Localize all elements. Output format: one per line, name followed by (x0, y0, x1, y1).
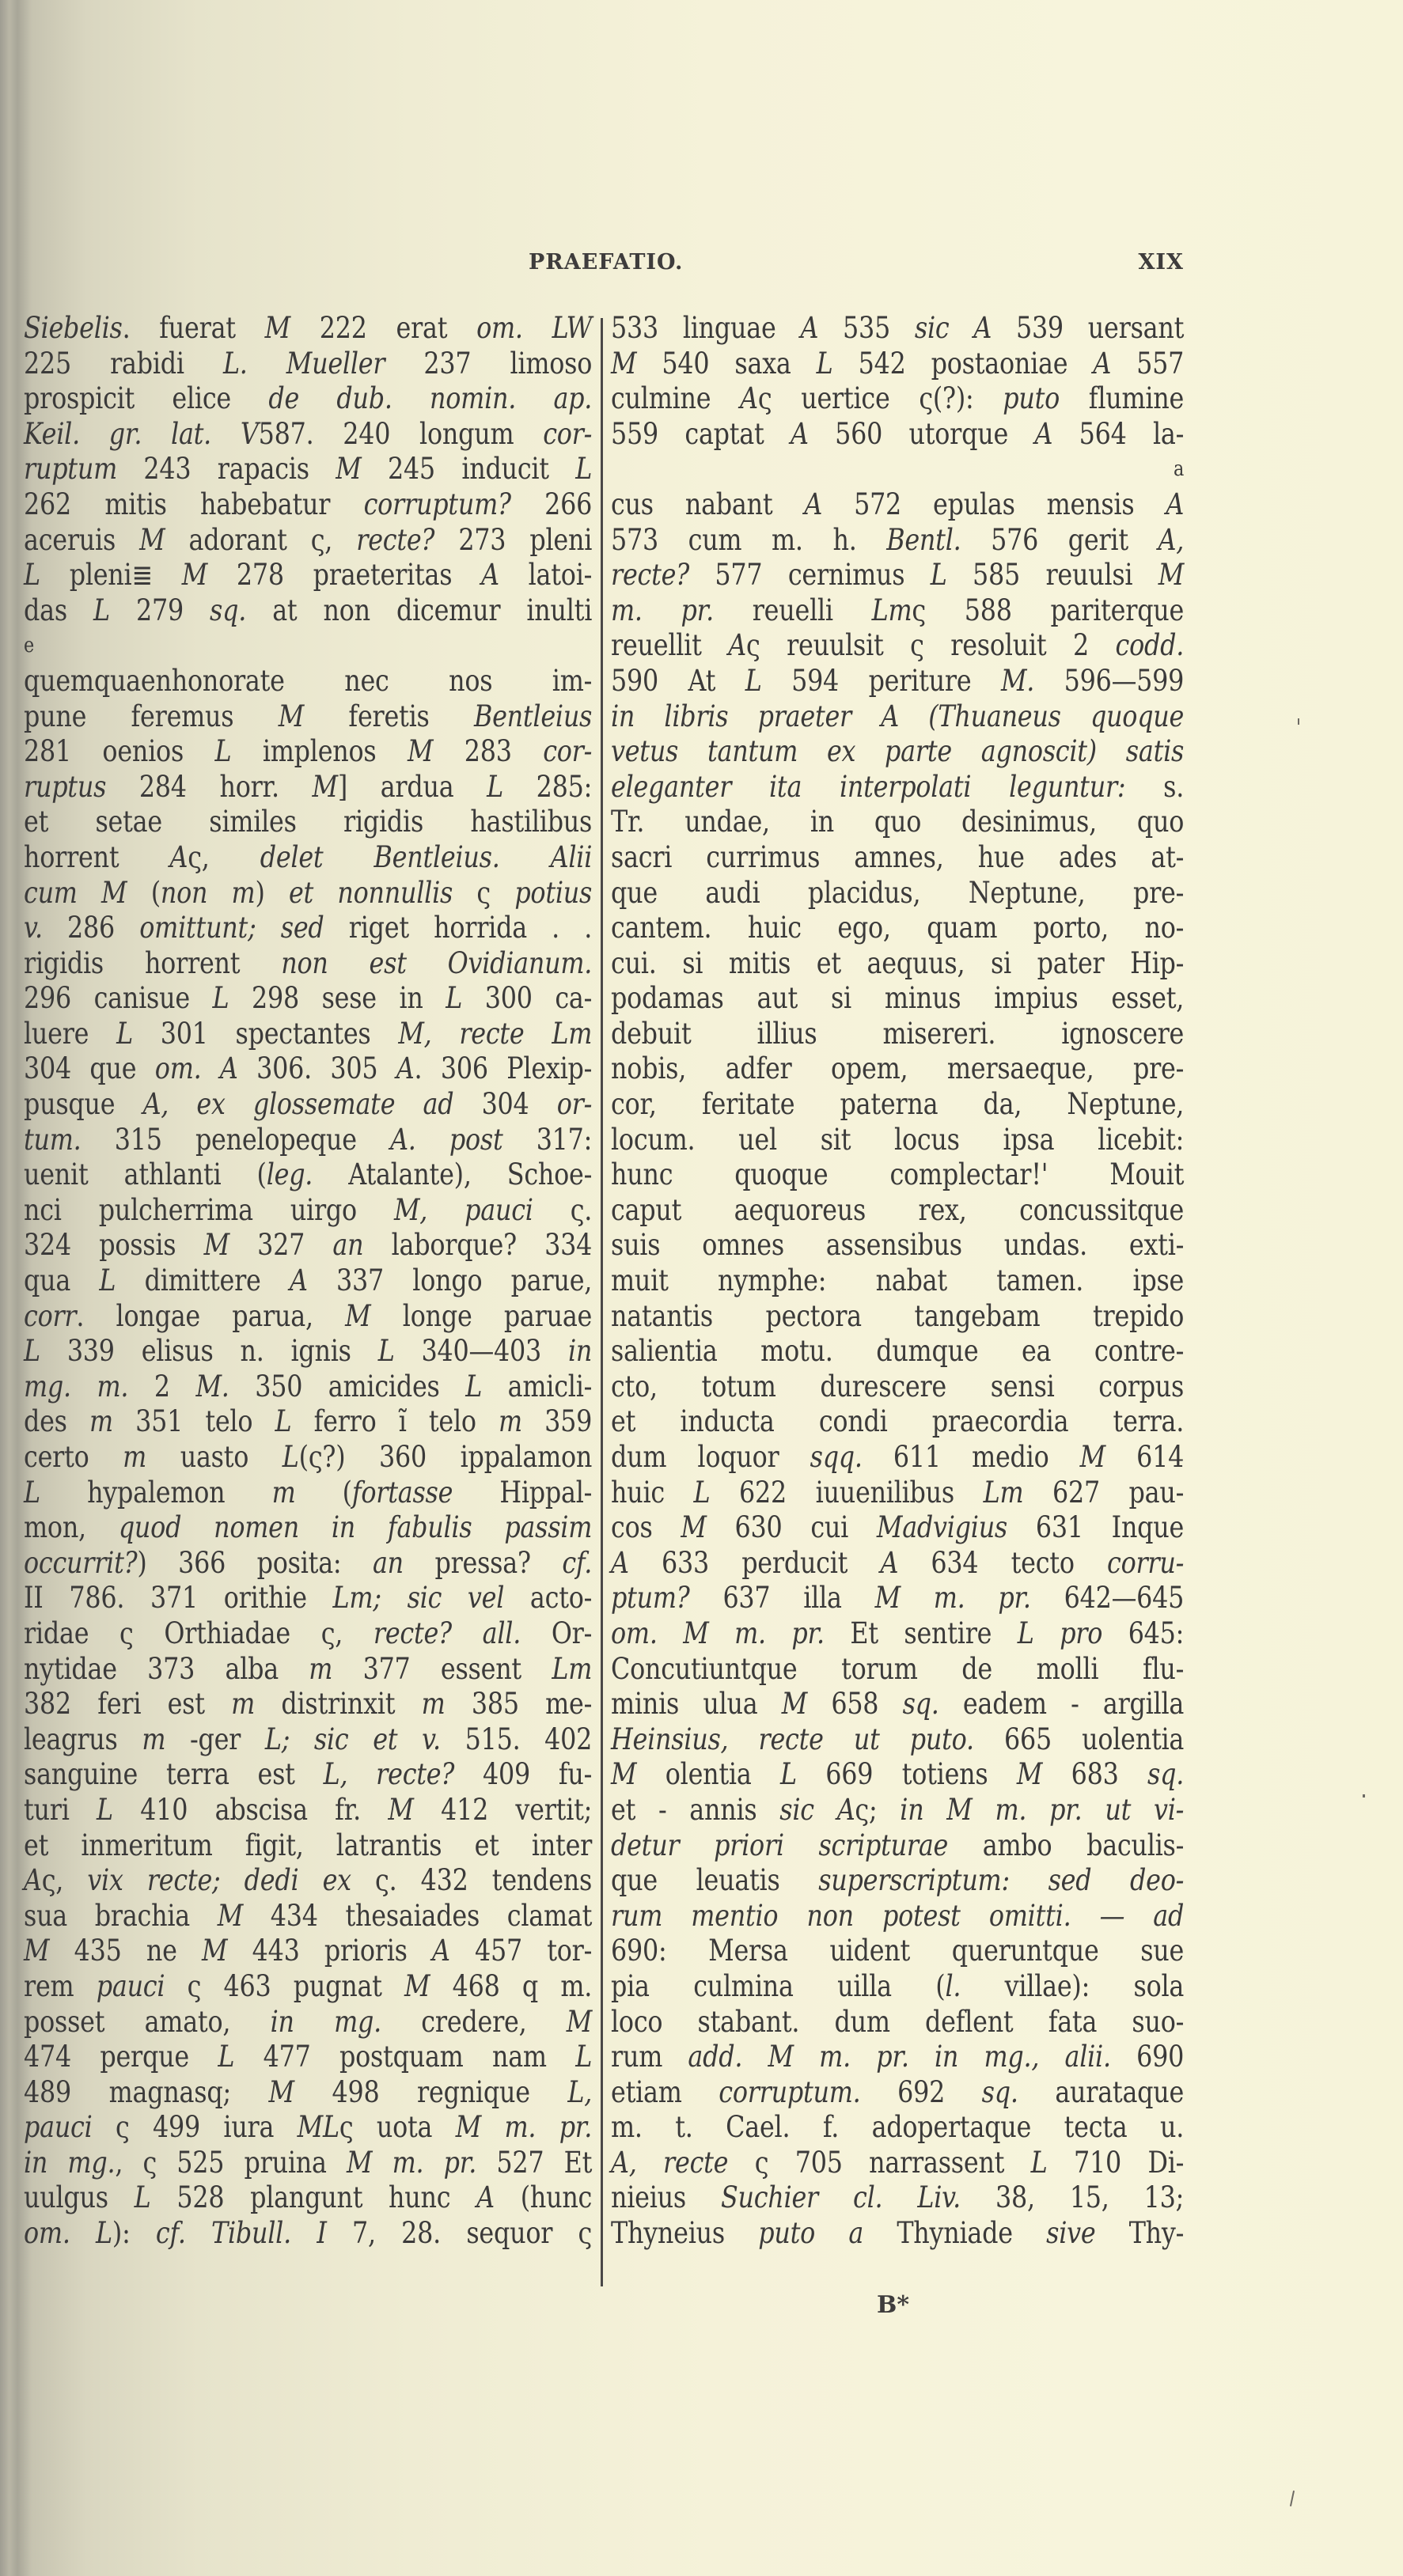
text-segment: loco stabant. dum deflent fata suo- (611, 2005, 1184, 2039)
text-segment: pia culmina uilla ( (611, 1969, 945, 2003)
italic-segment: om. M m. pr. (611, 1616, 825, 1650)
italic-segment: M (681, 1510, 706, 1544)
italic-segment: ruptum (24, 452, 117, 486)
text-segment: reuelli (714, 593, 872, 627)
italic-segment: non m (161, 876, 256, 910)
text-segment: pune feremus (24, 699, 279, 733)
text-segment: 535 (818, 311, 915, 345)
text-line: rem pauci ς 463 pugnat M 468 q m. (24, 1969, 592, 2005)
italic-segment: L pro (1018, 1616, 1102, 1650)
text-line: Heinsius, recte ut puto. 665 uolentia (611, 1722, 1184, 1758)
text-segment: suis omnes assensibus undas. exti- (611, 1228, 1184, 1262)
text-segment: ς 499 iura (93, 2110, 298, 2144)
text-segment: ridae ς Orthiadae ς, (24, 1616, 374, 1650)
text-segment: longe paruae (370, 1299, 592, 1333)
text-segment: 317: (502, 1123, 592, 1157)
italic-segment: L (99, 1263, 116, 1297)
text-line: 533 linguae A 535 sic A 539 uersant (611, 311, 1184, 347)
text-line: qua L dimittere A 337 longo parue, (24, 1263, 592, 1299)
text-segment: 339 elisus n. ignis (40, 1334, 378, 1368)
text-segment: 594 periture (762, 664, 1001, 698)
italic-segment: occurrit? (24, 1546, 137, 1580)
text-line: das L 279 sq. at non dicemur inulti (24, 593, 592, 629)
text-segment: 658 (807, 1687, 903, 1721)
text-line: 489 magnasq; M 498 regnique L, (24, 2075, 592, 2111)
text-segment: cui. si mitis et aequus, si pater Hip- (611, 946, 1184, 980)
text-line: horrent Aς, delet Bentleius. Alii (24, 840, 592, 876)
text-line: rum add. M m. pr. in mg., alii. 690 (611, 2040, 1184, 2075)
italic-segment: cor- (543, 417, 592, 451)
text-line: 225 rabidi L. Mueller 237 limoso (24, 347, 592, 382)
text-segment: 434 thesaiades clamat (243, 1899, 592, 1933)
text-segment: nobis, adfer opem, mersaeque, pre- (611, 1051, 1184, 1085)
italic-segment: ptum? (611, 1581, 690, 1615)
text-line: prospicit elice de dub. nomin. ap. (24, 381, 592, 417)
text-segment: 301 spectantes (133, 1017, 398, 1051)
text-segment: reuellit (611, 628, 728, 662)
text-line: natantis pectora tangebam trepido (611, 1299, 1184, 1335)
text-segment: 304 (453, 1087, 556, 1121)
text-segment: hunc quoque complectar!' Mouit (611, 1157, 1184, 1191)
italic-segment: Suchier cl. Liv. (721, 2180, 961, 2214)
italic-segment: M (336, 452, 361, 486)
text-segment: salientia motu. dumque ea contre- (611, 1334, 1184, 1368)
right-column: 533 linguae A 535 sic A 539 uersantM 540… (611, 311, 1184, 2252)
italic-segment: mg. m. (24, 1369, 128, 1404)
text-segment: 637 illa (690, 1581, 875, 1615)
text-line: et inducta condi praecordia terra. (611, 1404, 1184, 1440)
italic-segment: in mg. (271, 2005, 381, 2039)
text-line: uulgus L 528 plangunt hunc A (hunc (24, 2180, 592, 2216)
text-segment: ς. 432 tendens (351, 1863, 592, 1897)
text-line: eleganter ita interpolati leguntur: s. (611, 770, 1184, 805)
italic-segment: L (694, 1476, 711, 1510)
text-segment: cantem. huic ego, quam porto, no- (611, 911, 1184, 945)
text-segment: ς uertice ς(?): (758, 381, 1003, 415)
italic-segment: L (575, 452, 592, 486)
text-segment: 359 (522, 1404, 592, 1438)
text-segment: quemquaenhonorate nec nos im- (24, 664, 592, 698)
italic-segment: M (1158, 558, 1184, 592)
text-segment: 324 possis (24, 1228, 204, 1262)
italic-segment: cf. (562, 1546, 592, 1580)
italic-segment: L, (567, 2075, 592, 2109)
text-segment: uulgus (24, 2180, 135, 2214)
text-segment: sua brachia (24, 1899, 218, 1933)
text-segment: Hippal- (453, 1476, 592, 1510)
text-segment: 528 plangunt hunc (151, 2180, 477, 2214)
text-segment: pusque (24, 1087, 143, 1121)
italic-segment: A, recte (611, 2146, 728, 2180)
italic-segment: corru- (1107, 1546, 1184, 1580)
text-segment: ) 366 posita: (137, 1546, 373, 1580)
italic-segment: L (282, 1440, 299, 1474)
text-segment: m. t. Cael. f. adopertaque tecta u. (611, 2110, 1184, 2144)
text-segment: 474 perque (24, 2040, 218, 2074)
text-segment: 300 ca- (462, 981, 592, 1015)
text-line: tum. 315 penelopeque A. post 317: (24, 1123, 592, 1158)
text-line: sua brachia M 434 thesaiades clamat (24, 1899, 592, 1934)
italic-segment: M m. pr. (875, 1581, 1031, 1615)
text-segment: turi (24, 1793, 97, 1827)
text-segment: 283 (433, 734, 543, 768)
text-line: corr. longae parua, M longe paruae (24, 1299, 592, 1335)
text-segment: uenit athlanti ( (24, 1157, 267, 1191)
text-line: aceruis M adorant ς, recte? 273 pleni (24, 523, 592, 559)
italic-segment: A (1034, 417, 1052, 451)
italic-segment: L (446, 981, 462, 1015)
running-title: PRAEFATIO. (529, 250, 683, 275)
italic-segment: M m. pr. (347, 2146, 476, 2180)
italic-segment: puto (1003, 381, 1060, 415)
italic-segment: A (476, 2180, 495, 2214)
text-segment: ferro ĩ telo (291, 1404, 499, 1438)
text-line: uenit athlanti (leg. Atalante), Schoe- (24, 1157, 592, 1193)
text-segment: (ς?) 360 ippalamon (299, 1440, 592, 1474)
text-segment: muit nymphe: nabat tamen. ipse (611, 1263, 1184, 1297)
text-segment: 590 At (611, 664, 745, 698)
text-line: mon, quod nomen in fabulis passim (24, 1510, 592, 1546)
italic-segment: A (481, 558, 499, 592)
italic-segment: om. A (155, 1051, 238, 1085)
italic-segment: Lm (984, 1476, 1024, 1510)
italic-segment: sq. (903, 1687, 939, 1721)
italic-segment: an (332, 1228, 363, 1262)
text-segment: 243 rapacis (117, 452, 336, 486)
text-segment: huic (611, 1476, 694, 1510)
text-line: A, recte ς 705 narrassent L 710 Di- (611, 2146, 1184, 2181)
italic-segment: M (1017, 1757, 1042, 1791)
text-segment: 577 cernimus (689, 558, 931, 592)
italic-segment: Bentl. (886, 523, 961, 557)
italic-segment: M (1080, 1440, 1105, 1474)
italic-segment: M (202, 1934, 227, 1968)
italic-segment: m (272, 1476, 296, 1510)
italic-segment: L (780, 1757, 797, 1791)
text-line: pune feremus M feretis Bentleius (24, 699, 592, 735)
italic-segment: Siebelis (24, 311, 123, 345)
italic-segment: m. pr. (611, 593, 714, 627)
italic-segment: L; sic et v. (265, 1722, 441, 1756)
text-segment: 710 Di- (1048, 2146, 1185, 2180)
text-segment: 557 (1111, 347, 1184, 381)
italic-segment: de dub. nomin. ap. (268, 381, 592, 415)
italic-segment: M (139, 523, 165, 557)
italic-segment: Heinsius, recte ut puto. (611, 1722, 974, 1756)
italic-segment: L (575, 2040, 592, 2074)
text-line: nytidae 373 alba m 377 essent Lm (24, 1652, 592, 1688)
text-segment: cos (611, 1510, 681, 1544)
italic-segment: sq. (982, 2075, 1018, 2109)
italic-segment: superscriptum: sed deo- (818, 1863, 1184, 1897)
text-segment: 7, 28. sequor ς (327, 2216, 592, 2250)
text-segment: e (24, 634, 34, 657)
italic-segment: v. (24, 911, 43, 945)
italic-segment: cor- (543, 734, 592, 768)
italic-segment: L (275, 1404, 291, 1438)
text-segment: ς reuulsit ς resoluit 2 (746, 628, 1116, 662)
italic-segment: A (800, 311, 818, 345)
text-segment: latoi- (499, 558, 592, 592)
text-line: quemquaenhonorate nec nos im- (24, 664, 592, 699)
text-segment: 539 uersant (992, 311, 1184, 345)
text-segment: dimittere (116, 1263, 290, 1297)
text-segment: 337 longo parue, (308, 1263, 592, 1297)
italic-segment: tum. (24, 1123, 82, 1157)
text-segment: Et sentire (825, 1616, 1018, 1650)
text-segment: 559 captat (611, 417, 791, 451)
text-line: mg. m. 2 M. 350 amicides L amicli- (24, 1369, 592, 1405)
italic-segment: rum mentio non potest omitti. — ad (611, 1899, 1184, 1933)
text-line: pauci ς 499 iura MLς uota M m. pr. (24, 2110, 592, 2146)
text-segment: credere, (381, 2005, 567, 2039)
text-line: Concutiuntque torum de molli flu- (611, 1652, 1184, 1688)
italic-segment: pauci (24, 2110, 93, 2144)
italic-segment: M m. pr. (456, 2110, 592, 2144)
italic-segment: sq. (210, 593, 246, 627)
text-segment: 542 postaoniae (833, 347, 1094, 381)
text-segment: 498 regnique (294, 2075, 568, 2109)
text-line: sacri currimus amnes, hue ades at- (611, 840, 1184, 876)
text-line: et - annis sic Aς; in M m. pr. ut vi- (611, 1793, 1184, 1828)
text-segment: qua (24, 1263, 99, 1297)
text-segment: 683 (1042, 1757, 1147, 1791)
text-line: in mg., ς 525 pruina M m. pr. 527 Et (24, 2146, 592, 2181)
italic-segment: m (499, 1404, 522, 1438)
text-line: hunc quoque complectar!' Mouit (611, 1157, 1184, 1193)
italic-segment: M (313, 770, 338, 804)
italic-segment: L (817, 347, 833, 381)
text-segment: Tr. undae, in quo desinimus, quo (611, 805, 1184, 839)
italic-segment: M, pauci (394, 1193, 533, 1227)
text-segment: 385 me- (446, 1687, 593, 1721)
italic-segment: sq. (1147, 1757, 1184, 1791)
text-segment: ] ardua (338, 770, 487, 804)
italic-segment: Bentleius (474, 699, 592, 733)
text-segment: 631 Inque (1007, 1510, 1184, 1544)
italic-segment: M (269, 2075, 294, 2109)
italic-segment: M (408, 734, 433, 768)
italic-segment: delet Bentleius. Alii (260, 840, 592, 874)
text-segment: 435 ne (49, 1934, 202, 1968)
text-line: cos M 630 cui Madvigius 631 Inque (611, 1510, 1184, 1546)
italic-segment: M (404, 1969, 430, 2003)
italic-segment: A (1093, 347, 1111, 381)
text-segment: Thyniade (863, 2216, 1046, 2250)
italic-segment: corr (24, 1299, 76, 1333)
text-segment: ( (296, 1476, 352, 1510)
italic-segment: potius (514, 876, 592, 910)
text-line: nci pulcherrima uirgo M, pauci ς. (24, 1193, 592, 1229)
text-line: des m 351 telo L ferro ĩ telo m 359 (24, 1404, 592, 1440)
italic-segment: L (218, 2040, 234, 2074)
text-segment: 351 telo (113, 1404, 275, 1438)
text-line: Siebelis. fuerat M 222 erat om. LW (24, 311, 592, 347)
italic-segment: pauci (97, 1969, 165, 2003)
italic-segment: in mg. (24, 2146, 115, 2180)
text-segment: et - annis (611, 1793, 779, 1827)
text-line: posset amato, in mg. credere, M (24, 2005, 592, 2040)
text-segment: Thyneius (611, 2216, 758, 2250)
column-divider (601, 318, 603, 2286)
italic-segment: L (1031, 2146, 1048, 2180)
text-segment: 560 utorque (809, 417, 1035, 451)
text-segment: eadem - argilla (939, 1687, 1184, 1721)
text-segment: 564 la- (1052, 417, 1184, 451)
italic-segment: non est Ovidianum. (281, 946, 592, 980)
text-line: reuellit Aς reuulsit ς resoluit 2 codd. (611, 628, 1184, 664)
italic-segment: L (97, 1793, 113, 1827)
text-segment: 692 (861, 2075, 982, 2109)
italic-segment: m (123, 1440, 146, 1474)
text-segment: luere (24, 1017, 116, 1051)
text-line: vetus tantum ex parte agnoscit) satis (611, 734, 1184, 770)
italic-segment: L (465, 1369, 482, 1404)
italic-segment: m (89, 1404, 113, 1438)
text-segment: 533 linguae (611, 311, 800, 345)
text-line: cor, feritate paterna da, Neptune, (611, 1087, 1184, 1123)
text-line: sanguine terra est L, recte? 409 fu- (24, 1757, 592, 1793)
text-segment: nieius (611, 2180, 721, 2214)
margin-speck (1298, 718, 1299, 725)
italic-segment: A (169, 840, 188, 874)
text-segment: 596—599 (1034, 664, 1184, 698)
text-segment: das (24, 593, 93, 627)
italic-segment: M (611, 1757, 636, 1791)
text-line: e (24, 628, 592, 664)
text-segment: 222 erat (290, 311, 476, 345)
text-segment: uasto (146, 1440, 282, 1474)
italic-segment: in (568, 1334, 592, 1368)
text-line: que audi placidus, Neptune, pre- (611, 876, 1184, 911)
italic-segment: om. LW (476, 311, 592, 345)
text-segment: laborque? 334 (363, 1228, 592, 1262)
italic-segment: A (290, 1263, 308, 1297)
text-segment: 340—403 (395, 1334, 568, 1368)
text-line: in libris praeter A (Thuaneus quoque (611, 699, 1184, 735)
italic-segment: L, recte? (324, 1757, 455, 1791)
text-line: 573 cum m. h. Bentl. 576 gerit A, (611, 523, 1184, 559)
italic-segment: ML (298, 2110, 339, 2144)
text-segment: locum. uel sit locus ipsa licebit: (611, 1123, 1184, 1157)
text-line: rum mentio non potest omitti. — ad (611, 1899, 1184, 1934)
signature-mark: B* (877, 2291, 909, 2319)
text-segment: flumine (1060, 381, 1184, 415)
text-segment: . longae parua, (76, 1299, 345, 1333)
text-line: 262 mitis habebatur corruptum? 266 (24, 487, 592, 523)
italic-segment: A (24, 1863, 42, 1897)
text-segment: ς; (855, 1793, 900, 1827)
italic-segment: an (373, 1546, 404, 1580)
text-segment: des (24, 1404, 89, 1438)
text-line: Thyneius puto a Thyniade sive Thy- (611, 2216, 1184, 2252)
text-segment: aceruis (24, 523, 139, 557)
text-segment: 262 mitis habebatur (24, 487, 364, 521)
italic-segment: m (231, 1687, 255, 1721)
text-segment: minis ulua (611, 1687, 782, 1721)
text-line: pia culmina uilla (l. villae): sola (611, 1969, 1184, 2005)
italic-segment: corruptum. (719, 2075, 860, 2109)
italic-segment: M (279, 699, 304, 733)
text-segment: ς, (188, 840, 260, 874)
text-segment: 2 (128, 1369, 195, 1404)
text-segment: olentia (636, 1757, 780, 1791)
italic-segment: L (93, 593, 110, 627)
text-line: ruptus 284 horr. M] ardua L 285: (24, 770, 592, 805)
text-segment: villae): sola (961, 1969, 1184, 2003)
italic-segment: recte? (356, 523, 434, 557)
text-segment: rum (611, 2040, 688, 2074)
italic-segment: M (265, 311, 290, 345)
text-line: cui. si mitis et aequus, si pater Hip- (611, 946, 1184, 982)
text-segment: aurataque (1018, 2075, 1184, 2109)
italic-segment: M (182, 558, 207, 592)
italic-segment: M, recte Lm (398, 1017, 592, 1051)
text-segment: ς. (533, 1193, 592, 1227)
text-segment: nytidae 373 alba (24, 1652, 309, 1686)
text-line: turi L 410 abscisa fr. M 412 vertit; (24, 1793, 592, 1828)
text-segment: a (1174, 457, 1184, 481)
italic-segment: L (745, 664, 762, 698)
text-segment: 690: Mersa uident queruntque sue (611, 1934, 1184, 1968)
text-segment: 457 tor- (450, 1934, 592, 1968)
italic-segment: A (611, 1546, 629, 1580)
text-segment: 410 abscisa fr. (113, 1793, 388, 1827)
text-line: cum M (non m) et nonnullis ς potius (24, 876, 592, 911)
text-segment: mon, (24, 1510, 119, 1544)
text-segment: 296 canisue (24, 981, 213, 1015)
text-segment: 576 gerit (961, 523, 1158, 557)
text-line: et inmeritum figit, latrantis et inter (24, 1828, 592, 1864)
text-line: m. pr. reuelli Lmς 588 pariterque (611, 593, 1184, 629)
text-segment: prospicit elice (24, 381, 268, 415)
text-line: ptum? 637 illa M m. pr. 642—645 (611, 1581, 1184, 1616)
text-segment: pleni≣ (40, 558, 182, 592)
text-line: locum. uel sit locus ipsa licebit: (611, 1123, 1184, 1158)
page-number: XIX (1138, 250, 1184, 275)
italic-segment: eleganter ita interpolati leguntur: (611, 770, 1125, 804)
text-segment: 286 (43, 911, 139, 945)
text-line: suis omnes assensibus undas. exti- (611, 1228, 1184, 1263)
text-line: nobis, adfer opem, mersaeque, pre- (611, 1051, 1184, 1087)
text-line: om. M m. pr. Et sentire L pro 645: (611, 1616, 1184, 1652)
text-segment: II 786. 371 orithie (24, 1581, 333, 1615)
text-segment: pressa? (404, 1546, 562, 1580)
text-line: v. 286 omittunt; sed riget horrida . . (24, 911, 592, 946)
italic-segment: M (611, 347, 636, 381)
italic-segment: detur priori scripturae (611, 1828, 948, 1862)
text-line: L 339 elisus n. ignis L 340—403 in (24, 1334, 592, 1369)
italic-segment: M (567, 2005, 592, 2039)
text-segment: ς uota (339, 2110, 456, 2144)
italic-segment: A (396, 1051, 415, 1085)
text-line: cantem. huic ego, quam porto, no- (611, 911, 1184, 946)
text-segment: amicli- (482, 1369, 592, 1404)
italic-segment: add. M m. pr. in mg., alii. (688, 2040, 1110, 2074)
italic-segment: A (432, 1934, 450, 1968)
text-segment: ς, (42, 1863, 88, 1897)
text-segment: adorant ς, (165, 523, 356, 557)
text-segment: certo (24, 1440, 123, 1474)
text-segment: Or- (521, 1616, 592, 1650)
text-line: nieius Suchier cl. Liv. 38, 15, 13; (611, 2180, 1184, 2216)
italic-segment: A. post (390, 1123, 502, 1157)
italic-segment: A (791, 417, 809, 451)
text-segment: caput aequoreus rex, concussitque (611, 1193, 1184, 1227)
text-segment: 298 sese in (229, 981, 446, 1015)
italic-segment: M (24, 1934, 49, 1968)
italic-segment: L. Mueller (223, 347, 385, 381)
